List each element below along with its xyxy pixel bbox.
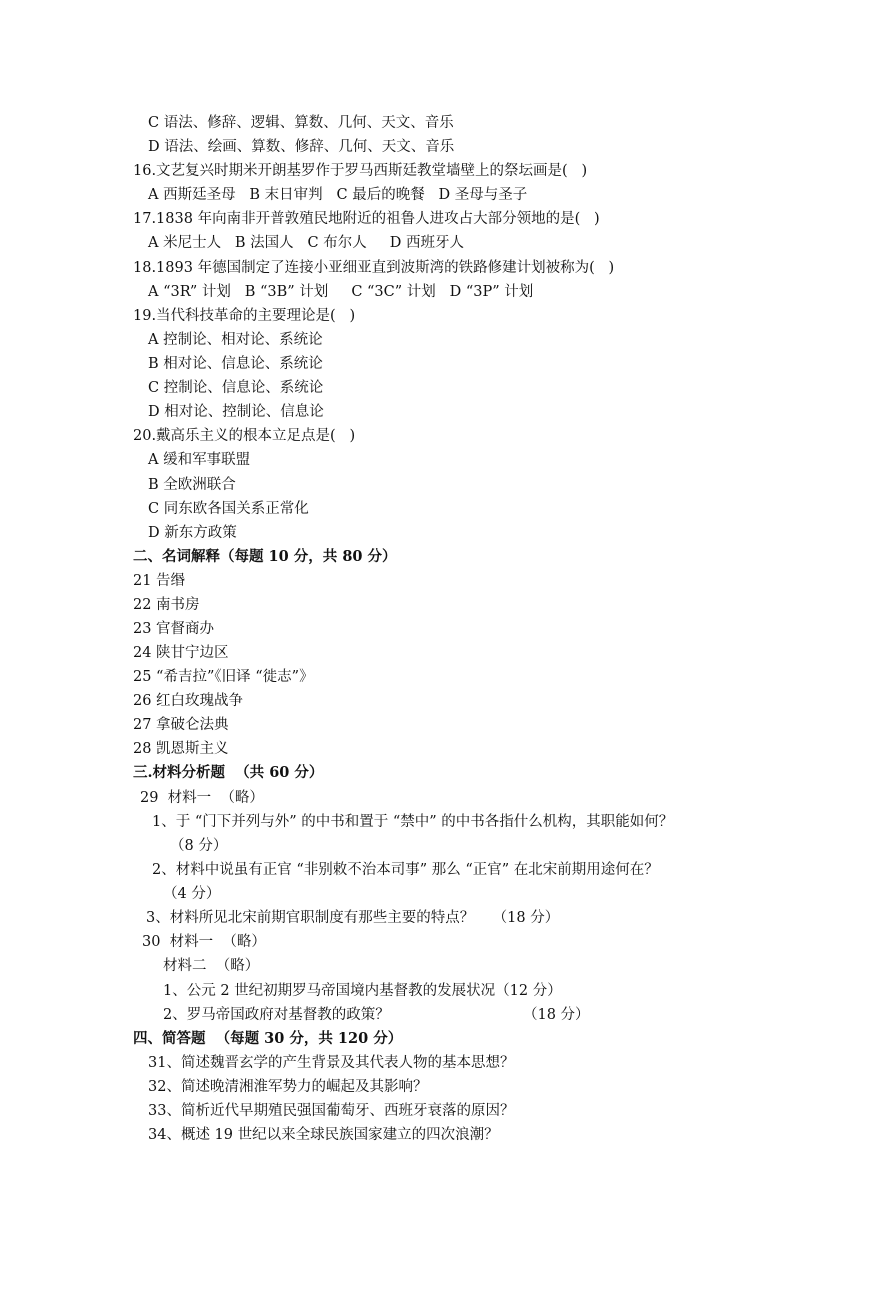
text-line: A “3R” 计划 B “3B” 计划 C “3C” 计划 D “3P” 计划 [148,282,533,302]
text-line: 2、材料中说虽有正官 “非别敕不治本司事” 那么 “正官” 在北宋前期用途何在？ [152,860,659,880]
text-line: 32、简述晚清湘淮军势力的崛起及其影响？ [148,1077,427,1097]
section-heading: 三.材料分析题 （共 60 分） [133,763,323,783]
section-heading: 二、名词解释（每题 10 分，共 80 分） [133,547,397,567]
text-line: 17.1838 年向南非开普敦殖民地附近的祖鲁人进攻占大部分领地的是( ) [133,209,600,229]
section-heading: 四、简答题 （每题 30 分，共 120 分） [133,1029,402,1049]
text-line: 20.戴高乐主义的根本立足点是( ) [133,426,355,446]
text-line: B 全欧洲联合 [148,475,236,495]
text-line: 22 南书房 [133,595,200,615]
text-line: A 控制论、相对论、系统论 [148,330,323,350]
text-line: 24 陕甘宁边区 [133,643,229,663]
text-line: 材料二 （略） [163,956,259,976]
text-line: 30 材料一 （略） [142,932,266,952]
text-line: A 缓和军事联盟 [148,450,250,470]
text-line: D 语法、绘画、算数、修辞、几何、天文、音乐 [148,137,454,157]
text-line: 2、罗马帝国政府对基督教的政策？ [163,1005,390,1025]
text-line: 34、概述 19 世纪以来全球民族国家建立的四次浪潮？ [148,1125,499,1145]
text-line: （8 分） [170,836,227,856]
text-line: C 同东欧各国关系正常化 [148,499,309,519]
text-line: D 相对论、控制论、信息论 [148,402,324,422]
text-line: 3、材料所见北宋前期官职制度有那些主要的特点？ （18 分） [146,908,559,928]
text-line: A 米尼士人 B 法国人 C 布尔人 D 西班牙人 [148,233,464,253]
text-line: 1、公元 2 世纪初期罗马帝国境内基督教的发展状况（12 分） [163,981,562,1001]
text-line: 29 材料一 （略） [140,788,264,808]
text-line: 28 凯恩斯主义 [133,739,229,759]
text-line: C 语法、修辞、逻辑、算数、几何、天文、音乐 [148,113,454,133]
text-line: 21 告缗 [133,571,185,591]
text-line: 1、于 “门下并列与外” 的中书和置于 “禁中” 的中书各指什么机构，其职能如何… [152,812,673,832]
text-line: （4 分） [163,884,220,904]
text-line: B 相对论、信息论、系统论 [148,354,323,374]
text-line: D 新东方政策 [148,523,237,543]
text-line: C 控制论、信息论、系统论 [148,378,323,398]
text-line: 33、简析近代早期殖民强国葡萄牙、西班牙衰落的原因？ [148,1101,514,1121]
text-line: 19.当代科技革命的主要理论是( ) [133,306,355,326]
text-line: 18.1893 年德国制定了连接小亚细亚直到波斯湾的铁路修建计划被称为( ) [133,258,614,278]
text-line: 27 拿破仑法典 [133,715,229,735]
score-label: （18 分） [523,1005,590,1025]
exam-page: C 语法、修辞、逻辑、算数、几何、天文、音乐D 语法、绘画、算数、修辞、几何、天… [0,0,880,1300]
text-line: A 西斯廷圣母 B 末日审判 C 最后的晚餐 D 圣母与圣子 [148,185,527,205]
text-line: 26 红白玫瑰战争 [133,691,243,711]
text-line: 16.文艺复兴时期米开朗基罗作于罗马西斯廷教堂墙壁上的祭坛画是( ) [133,161,587,181]
text-line: 23 官督商办 [133,619,214,639]
text-line: 25 “希吉拉”《旧译 “徙志”》 [133,667,314,687]
text-line: 31、简述魏晋玄学的产生背景及其代表人物的基本思想？ [148,1053,514,1073]
